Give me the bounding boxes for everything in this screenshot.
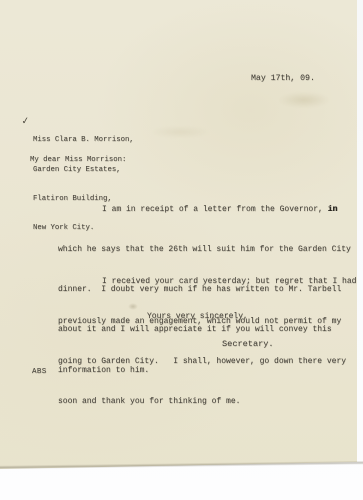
body-line: going to Garden City. I shall, however, … [58,355,356,368]
body-line: I received your card yesterday; but regr… [102,275,356,288]
body-line-text: I am in receipt of a letter from the Gov… [102,205,328,214]
closing-phrase: Yours very sincerely, [147,312,248,321]
letter-date: May 17th, 09. [251,74,315,83]
body-line: soon and thank you for thinking of me. [58,395,356,408]
address-line: Miss Clara B. Morrison, [33,136,134,146]
letter-paper: May 17th, 09. ✓ Miss Clara B. Morrison, … [0,0,358,500]
typist-initials: ABS [32,368,47,376]
checkmark-annotation: ✓ [21,114,30,129]
signature-title: Secretary. [222,339,274,349]
salutation: My dear Miss Morrison: [30,156,126,164]
ink-smudge [278,92,330,108]
address-line: Garden City Estates, [33,166,134,176]
overstruck-word: in [328,205,338,214]
body-paragraph-2: I received your card yesterday; but regr… [58,248,356,436]
body-line: I am in receipt of a letter from the Gov… [102,203,351,216]
ink-smudge [150,126,210,138]
scanned-letter-page: May 17th, 09. ✓ Miss Clara B. Morrison, … [0,0,363,500]
